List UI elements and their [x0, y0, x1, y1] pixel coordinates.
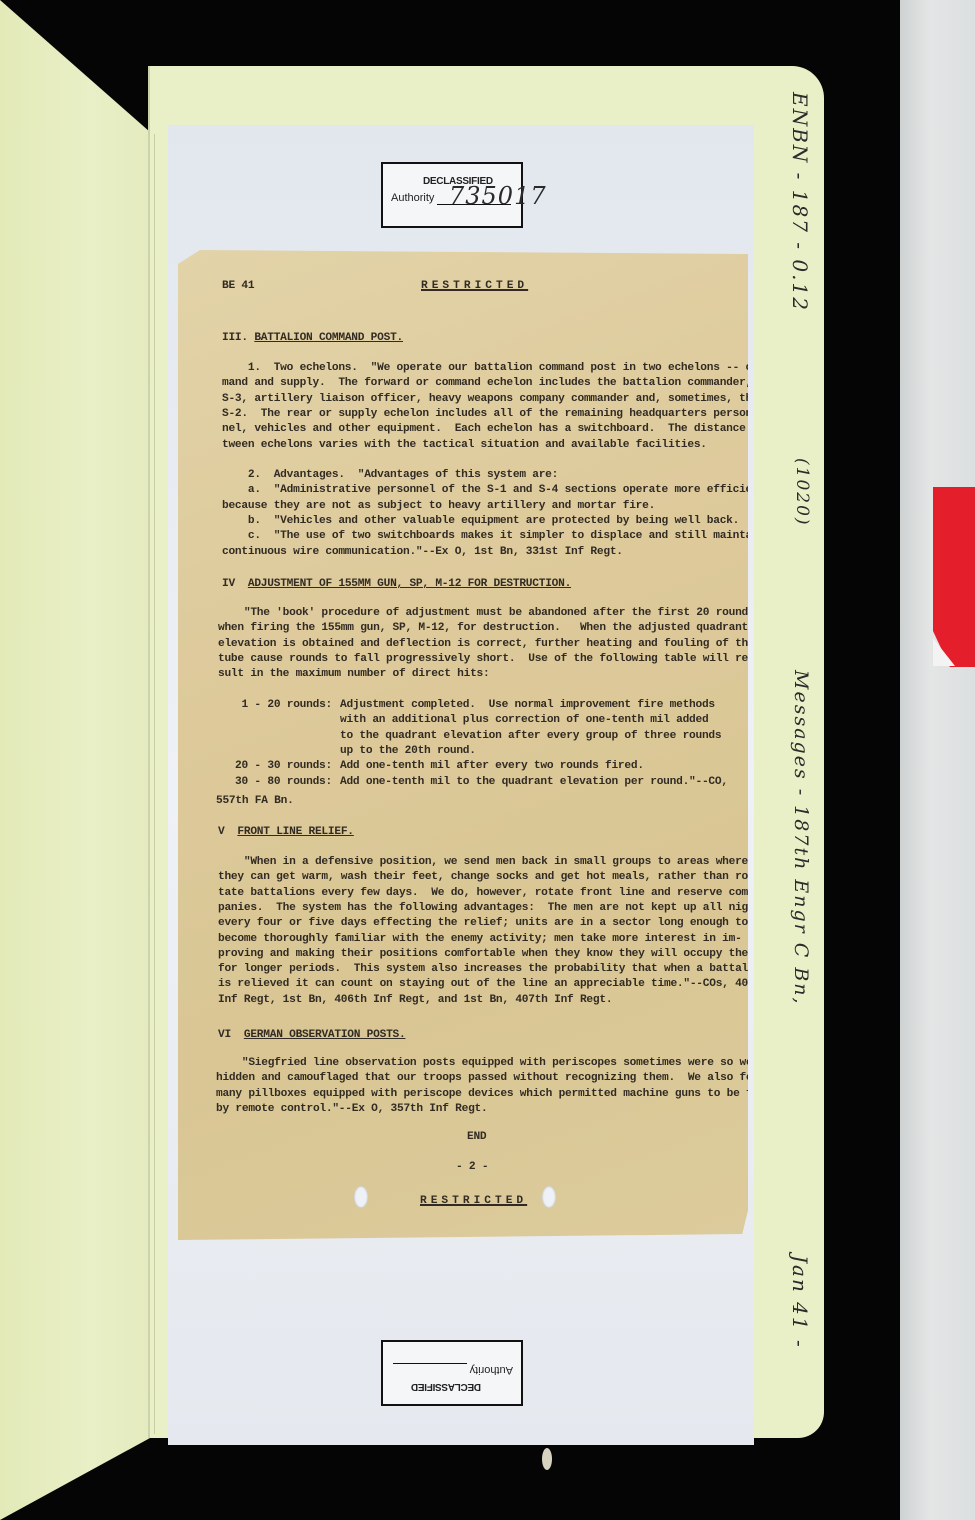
folder-crease — [154, 134, 155, 1434]
section-numeral: VI — [218, 1029, 231, 1041]
end-mark: END — [467, 1130, 486, 1145]
table-range: 30 - 80 rounds: — [218, 775, 332, 790]
declassified-stamp-top: DECLASSIFIED Authority 735017 — [381, 162, 523, 228]
table-text: to the quadrant elevation after every gr… — [340, 729, 721, 744]
text-line: hidden and camouflaged that our troops p… — [216, 1071, 772, 1086]
text-line: for longer periods. This system also inc… — [218, 962, 767, 977]
section-title: BATTALION COMMAND POST. — [254, 332, 403, 344]
text-line: S-2. The rear or supply echelon includes… — [222, 407, 758, 422]
table-range: 1 - 20 rounds: — [218, 698, 332, 713]
declassified-stamp-bottom: DECLASSIFIED Authority — [381, 1340, 523, 1406]
text-line: because they are not as subject to heavy… — [222, 499, 655, 514]
text-line: continuous wire communication."--Ex O, 1… — [222, 545, 623, 560]
text-line: every four or five days effecting the re… — [218, 916, 748, 931]
margin-note-title: Messages - 187th Engr C Bn, — [790, 670, 812, 1006]
text-line: c. "The use of two switchboards makes it… — [222, 529, 765, 544]
table-text: up to the 20th round. — [340, 744, 476, 759]
text-line: panies. The system has the following adv… — [218, 901, 761, 916]
stamp-title: DECLASSIFIED — [411, 1381, 481, 1392]
text-line: sult in the maximum number of direct hit… — [218, 667, 489, 682]
text-line: b. "Vehicles and other valuable equipmen… — [222, 514, 739, 529]
text-line: 1. Two echelons. "We operate our battali… — [222, 361, 771, 376]
text-line: 2. Advantages. "Advantages of this syste… — [222, 468, 558, 483]
typewritten-page: BE 41 RESTRICTED III. BATTALION COMMAND … — [178, 250, 748, 1240]
margin-note-number: (1020) — [792, 458, 812, 527]
section-iv-heading: IV ADJUSTMENT OF 155MM GUN, SP, M-12 FOR… — [222, 577, 571, 592]
margin-note-date: Jan 41 - — [788, 1255, 812, 1349]
table-text: with an additional plus correction of on… — [340, 713, 708, 728]
text-line: elevation is obtained and deflection is … — [218, 637, 754, 652]
text-line: become thoroughly familiar with the enem… — [218, 932, 742, 947]
page-number: - 2 - — [456, 1160, 488, 1175]
section-title: ADJUSTMENT OF 155MM GUN, SP, M-12 FOR DE… — [248, 578, 571, 590]
text-line: is relieved it can count on staying out … — [218, 977, 767, 992]
text-line: when firing the 155mm gun, SP, M-12, for… — [218, 621, 748, 636]
text-line: tube cause rounds to fall progressively … — [218, 652, 754, 667]
text-line: Inf Regt, 1st Bn, 406th Inf Regt, and 1s… — [218, 993, 612, 1008]
section-numeral: IV — [222, 578, 235, 590]
text-line: they can get warm, wash their feet, chan… — [218, 870, 754, 885]
folder-left-flap — [0, 0, 150, 1520]
table-text: Adjustment completed. Use normal improve… — [340, 698, 715, 713]
text-line: mand and supply. The forward or command … — [222, 376, 752, 391]
text-line: a. "Administrative personnel of the S-1 … — [222, 483, 778, 498]
text-line: many pillboxes equipped with periscope d… — [216, 1087, 778, 1102]
section-iii-heading: III. BATTALION COMMAND POST. — [222, 331, 403, 346]
classification-footer: RESTRICTED — [420, 1194, 527, 1209]
classification-header: RESTRICTED — [421, 279, 528, 294]
text-line: tate battalions every few days. We do, h… — [218, 886, 754, 901]
margin-note-file-code: ENBN - 187 - 0.12 — [788, 92, 812, 312]
stamp-authority-label: Authority — [470, 1364, 513, 1376]
table-text: Add one-tenth mil after every two rounds… — [340, 759, 644, 774]
section-iv-attribution: 557th FA Bn. — [216, 794, 294, 809]
punch-hole-left — [354, 1186, 368, 1208]
text-line: proving and making their positions comfo… — [218, 947, 754, 962]
punch-hole-right — [542, 1186, 556, 1208]
text-line: "When in a defensive position, we send m… — [218, 855, 748, 870]
table-text: Add one-tenth mil to the quadrant elevat… — [340, 775, 728, 790]
text-line: by remote control."--Ex O, 357th Inf Reg… — [216, 1102, 487, 1117]
section-title: FRONT LINE RELIEF. — [237, 826, 353, 838]
section-numeral: V — [218, 826, 224, 838]
debris-speck — [542, 1448, 552, 1470]
text-line: nel, vehicles and other equipment. Each … — [222, 422, 771, 437]
section-numeral: III. — [222, 332, 248, 344]
text-line: "The 'book' procedure of adjustment must… — [218, 606, 754, 621]
text-line: tween echelons varies with the tactical … — [222, 438, 707, 453]
table-range: 20 - 30 rounds: — [218, 759, 332, 774]
doc-id: BE 41 — [222, 279, 254, 294]
stamp-authority-value: 735017 — [449, 182, 547, 210]
stamp-signature-line — [393, 1363, 467, 1364]
text-line: S-3, artillery liaison officer, heavy we… — [222, 392, 758, 407]
section-title: GERMAN OBSERVATION POSTS. — [244, 1029, 406, 1041]
background-surface — [900, 0, 975, 1520]
section-vi-heading: VI GERMAN OBSERVATION POSTS. — [218, 1028, 405, 1043]
stamp-authority-label: Authority — [391, 192, 434, 204]
text-line: "Siegfried line observation posts equipp… — [216, 1056, 765, 1071]
section-v-heading: V FRONT LINE RELIEF. — [218, 825, 354, 840]
red-tab-marker — [933, 487, 975, 667]
